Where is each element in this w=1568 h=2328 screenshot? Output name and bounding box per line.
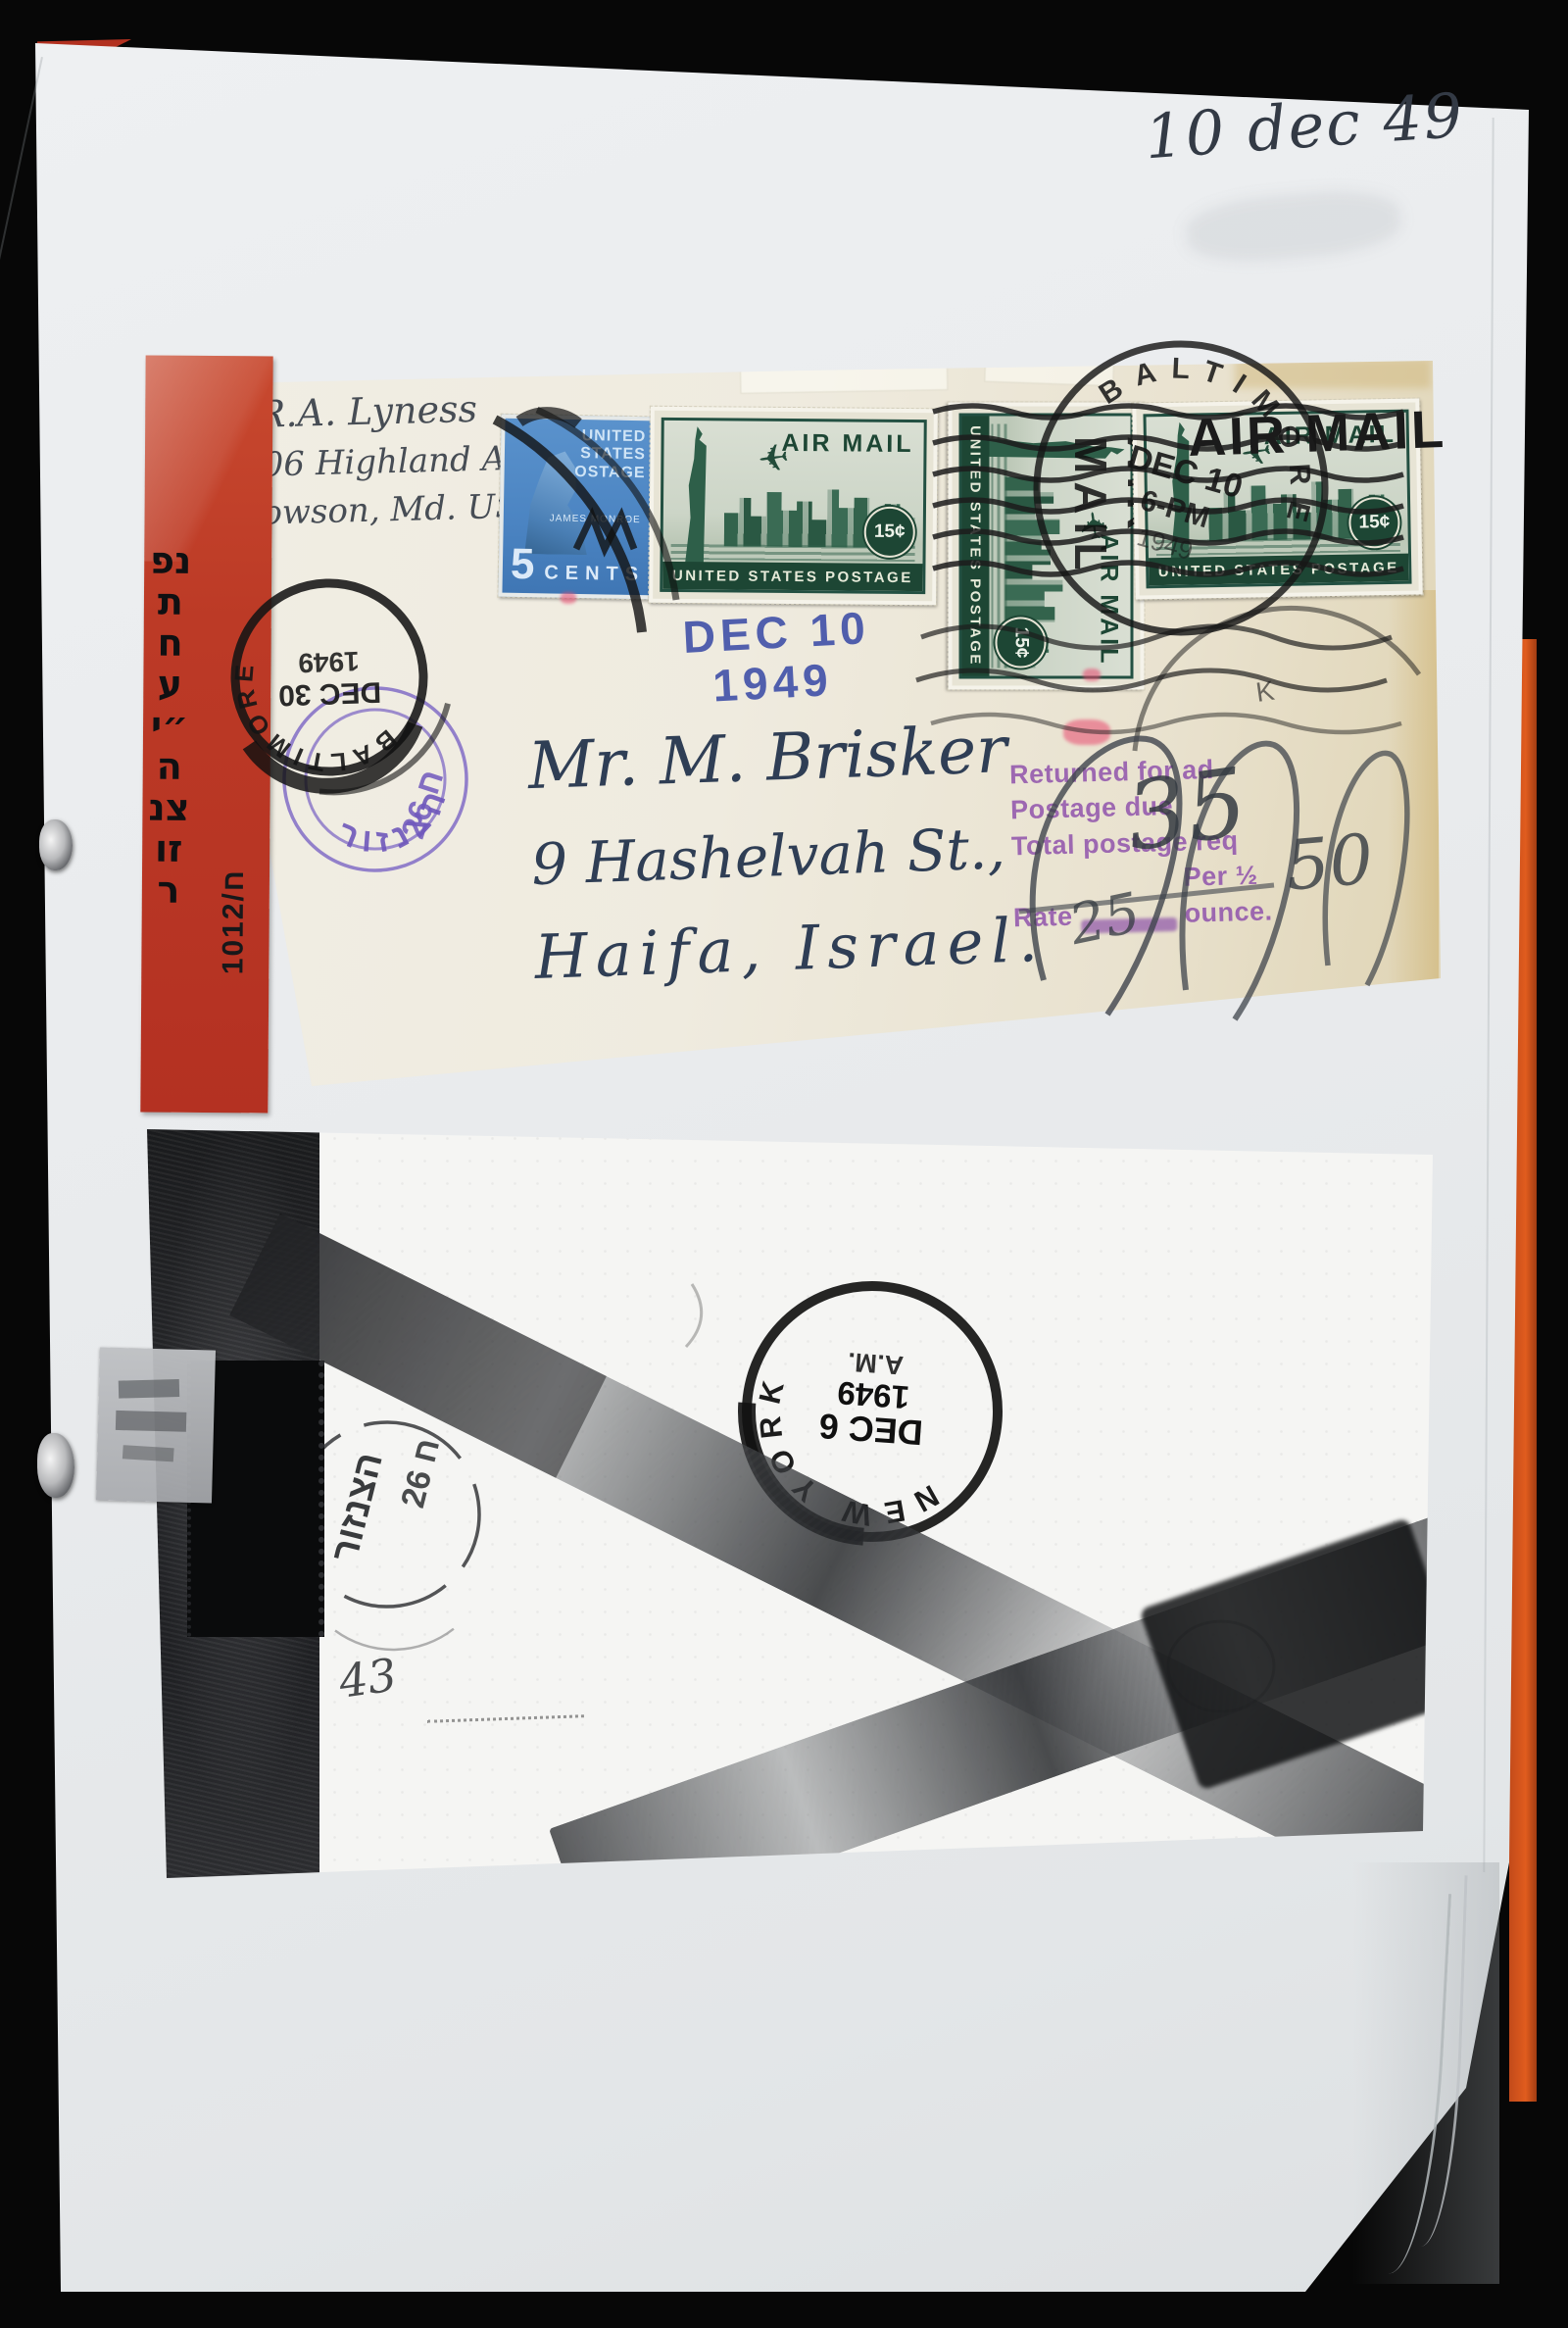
red-crayon-mark xyxy=(561,592,576,604)
tape-smudge xyxy=(122,1445,174,1461)
stamp-country-text: UNITED STATES POSTAGE xyxy=(563,427,646,483)
red-crayon-mark xyxy=(1063,719,1110,745)
envelope-stain xyxy=(1388,590,1439,1002)
stamp-5c-monroe: UNITED STATES POSTAGE JAMES MONROE 5CENT… xyxy=(498,415,656,600)
stamp-text: UNITED xyxy=(563,427,646,447)
destination-address: Mr. M. Brisker 9 Hashelvah St., Haifa, I… xyxy=(526,711,1046,993)
tape-smudge xyxy=(119,1379,179,1399)
tape-fold-highlight xyxy=(144,356,272,563)
tape-hebrew-text: נפתחע״יהצנזור xyxy=(146,540,194,911)
binder-ring-post xyxy=(39,819,73,870)
tape-code-number: 1012/ח xyxy=(217,868,251,974)
stamp-design: AIR MAIL ✈ 15¢ UNITED STATES POSTAGE xyxy=(660,418,927,594)
date-line: 1949 xyxy=(684,653,873,713)
due-line: Rate Per ½ ounce. xyxy=(1012,856,1338,935)
address-line: Mr. M. Brisker xyxy=(526,711,1040,804)
stamp-value-roundel: 15¢ xyxy=(996,618,1047,669)
stamp-15c-airmail-rotated: AIR MAIL ✈ 15¢ UNITED STATES POSTAGE AIR… xyxy=(949,401,1137,681)
photo-canvas: 10 dec 49 R.A. Lyness 606 Highland Ave. … xyxy=(0,0,1568,2328)
address-line: 9 Hashelvah St., xyxy=(530,814,1043,898)
due-rate-label: Rate xyxy=(1012,898,1072,935)
censor-word: הצנזור xyxy=(324,1449,391,1565)
censor-number: 26 ח xyxy=(394,1435,447,1511)
photostat-cover-back: הצנזור 26 ח NEW YORK DEC 6 1949 A.M. 43 xyxy=(143,1127,1439,1884)
airmail-cover: R.A. Lyness 606 Highland Ave. Towson, Md… xyxy=(157,345,1450,1100)
stamp-bottom-banner: UNITED STATES POSTAGE xyxy=(662,562,922,591)
stamp-text: CENTS xyxy=(544,562,645,585)
address-line: Haifa, Israel. xyxy=(533,904,1047,993)
stamp-subject-name: JAMES MONROE xyxy=(550,514,641,526)
stamp-denomination: 5CENTS xyxy=(511,540,646,591)
red-crayon-mark xyxy=(1083,669,1101,681)
stamp-value-roundel: 15¢ xyxy=(864,507,915,558)
postmark-time: A.M. xyxy=(847,1347,905,1380)
faint-squiggle xyxy=(686,1284,702,1347)
airplane-icon: ✈ xyxy=(1238,428,1275,476)
binder-ring-post xyxy=(37,1433,74,1498)
due-rate-unit: Per ½ ounce. xyxy=(1183,856,1337,931)
date-line: DEC 10 xyxy=(681,603,870,663)
postage-due-handstamp: Returned for ad Postage due Total postag… xyxy=(1009,749,1338,936)
grey-tape-piece xyxy=(96,1347,216,1503)
tape-smudge xyxy=(116,1411,186,1432)
ink-smear xyxy=(1081,917,1177,934)
stamp-text: STATES xyxy=(563,445,646,465)
censor-tape-red: נפתחע״יהצנזור 1012/ח xyxy=(140,356,272,1114)
stamp-design: AIR MAIL ✈ 15¢ UNITED STATES POSTAGE xyxy=(1143,410,1411,589)
handwritten-receiving-date: DEC 10 1949 xyxy=(681,603,873,712)
stamp-15c-airmail: AIR MAIL ✈ 15¢ UNITED STATES POSTAGE xyxy=(1132,398,1422,599)
photostat-pencil-note: 43 xyxy=(336,1648,400,1709)
stamp-airmail-text: AIR MAIL xyxy=(1264,421,1397,451)
stamp-text: 5 xyxy=(511,540,535,588)
stamp-bottom-banner: UNITED STATES POSTAGE xyxy=(962,417,990,676)
stamp-15c-airmail: AIR MAIL ✈ 15¢ UNITED STATES POSTAGE xyxy=(649,407,938,606)
airplane-icon: ✈ xyxy=(756,435,792,483)
stamp-bottom-banner: UNITED STATES POSTAGE xyxy=(1149,554,1408,586)
censor-arc xyxy=(335,1614,456,1659)
stamp-airmail-text: AIR MAIL xyxy=(781,429,913,459)
